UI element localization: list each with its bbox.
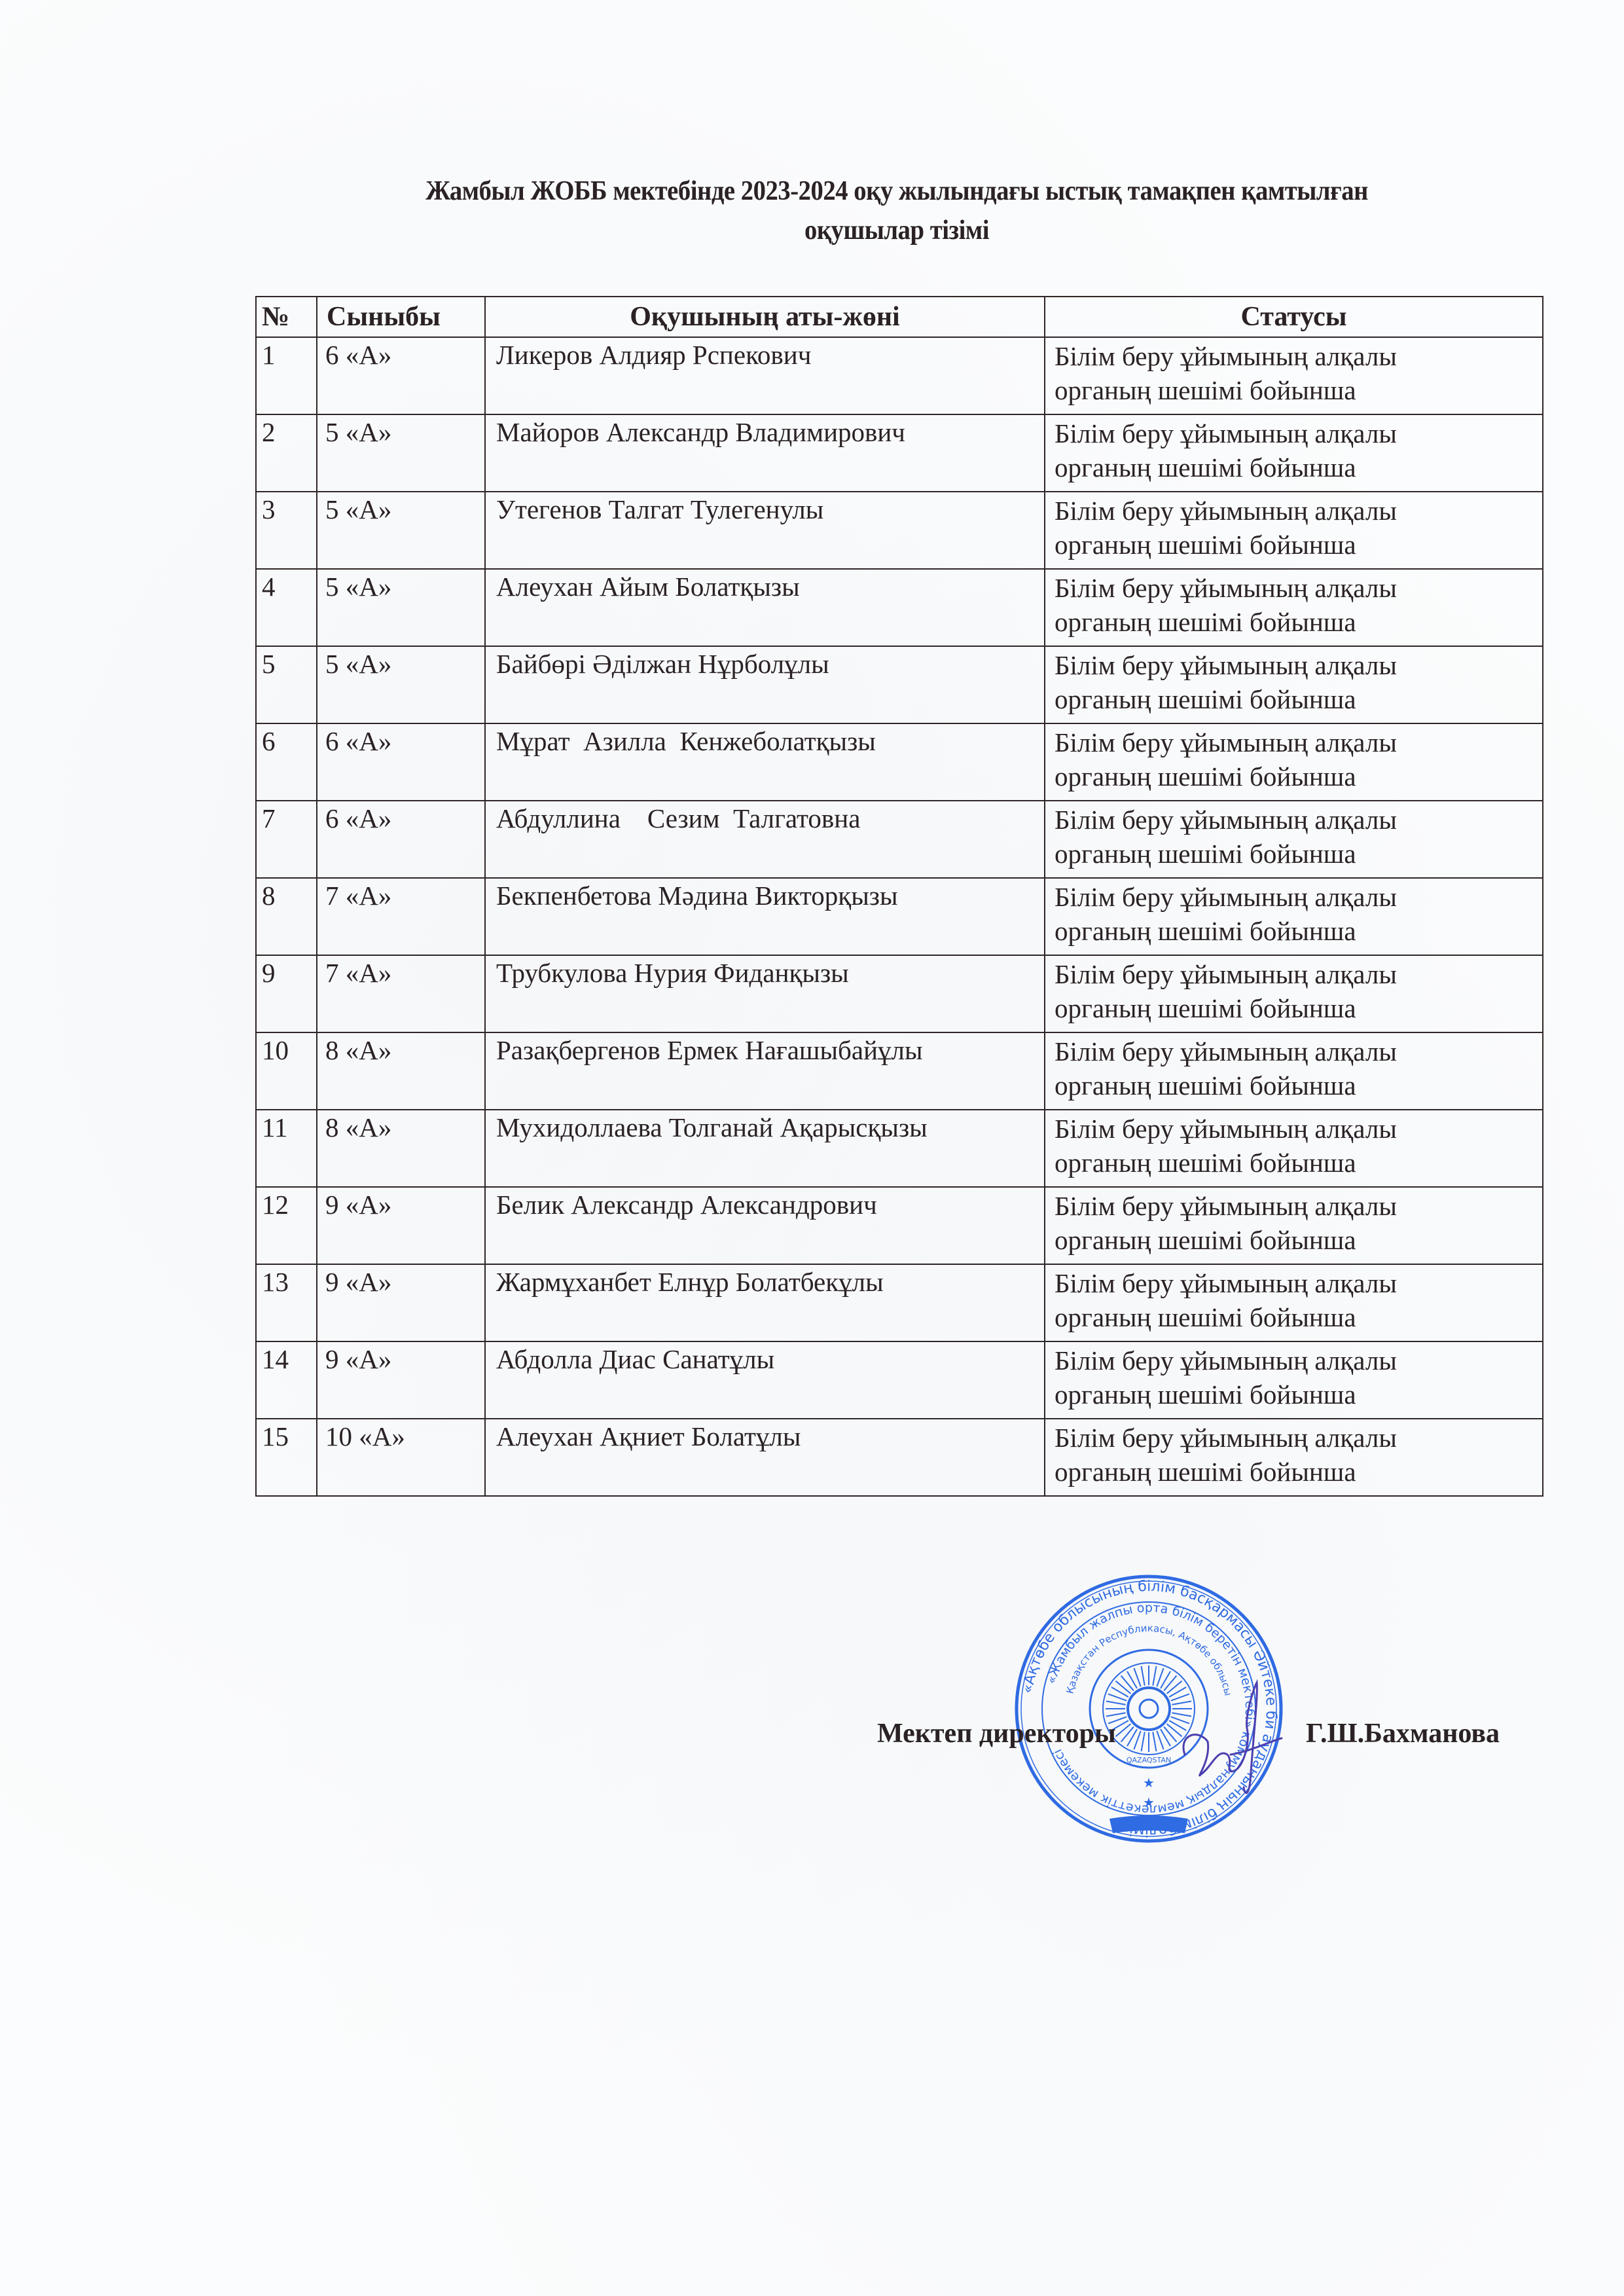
row-student-name: Трубкулова Нурия Фиданқызы: [485, 955, 1045, 1032]
row-number: 8: [256, 878, 317, 955]
status-text: органың шешімі бойынша: [1055, 759, 1536, 793]
row-status: Білім беру ұйымының алқалыорганың шешімі…: [1045, 801, 1543, 878]
row-student-name: Алеухан Айым Болатқызы: [485, 569, 1045, 646]
status-text: органың шешімі бойынша: [1055, 1377, 1536, 1412]
row-number: 15: [256, 1419, 317, 1496]
row-number: 11: [256, 1110, 317, 1187]
row-student-name: Бекпенбетова Мәдина Викторқызы: [485, 878, 1045, 955]
row-class: 9 «А»: [317, 1264, 485, 1341]
table-row: 1510 «А»Алеухан Ақниет БолатұлыБілім бер…: [256, 1419, 1543, 1496]
row-class: 9 «А»: [317, 1187, 485, 1264]
row-student-name: Разақбергенов Ермек Нағашыбайұлы: [485, 1032, 1045, 1110]
row-status: Білім беру ұйымының алқалыорганың шешімі…: [1045, 1341, 1543, 1419]
row-status: Білім беру ұйымының алқалыорганың шешімі…: [1045, 1419, 1543, 1496]
status-text: Білім беру ұйымының алқалы: [1055, 1112, 1536, 1146]
row-student-name: Алеухан Ақниет Болатұлы: [485, 1419, 1045, 1496]
row-class: 7 «А»: [317, 955, 485, 1032]
row-status: Білім беру ұйымының алқалыорганың шешімі…: [1045, 955, 1543, 1032]
status-text: Білім беру ұйымының алқалы: [1055, 880, 1536, 914]
status-text: органың шешімі бойынша: [1055, 682, 1536, 716]
row-number: 5: [256, 646, 317, 723]
status-text: Білім беру ұйымының алқалы: [1055, 1034, 1536, 1068]
table-row: 25 «А»Майоров Александр ВладимировичБілі…: [256, 414, 1543, 492]
row-student-name: Мұрат Азилла Кенжеболатқызы: [485, 723, 1045, 801]
row-number: 3: [256, 492, 317, 569]
star-icon: ★: [1143, 1776, 1155, 1791]
header-number: №: [256, 297, 317, 337]
row-student-name: Ликеров Алдияр Рспекович: [485, 337, 1045, 414]
row-student-name: Жармұханбет Елнұр Болатбекұлы: [485, 1264, 1045, 1341]
row-status: Білім беру ұйымының алқалыорганың шешімі…: [1045, 569, 1543, 646]
status-text: органың шешімі бойынша: [1055, 1300, 1536, 1334]
table-row: 108 «А»Разақбергенов Ермек НағашыбайұлыБ…: [256, 1032, 1543, 1110]
row-student-name: Абдолла Диас Санатұлы: [485, 1341, 1045, 1419]
row-student-name: Мухидоллаева Толганай Ақарысқызы: [485, 1110, 1045, 1187]
status-text: Білім беру ұйымының алқалы: [1055, 1421, 1536, 1455]
row-number: 6: [256, 723, 317, 801]
header-status: Статусы: [1045, 297, 1543, 337]
row-class: 6 «А»: [317, 337, 485, 414]
stamp-bottom-band: [1110, 1815, 1188, 1833]
title-line-2: оқушылар тізімі: [300, 211, 1493, 250]
header-class: Сыныбы: [317, 297, 485, 337]
table-row: 45 «А»Алеухан Айым БолатқызыБілім беру ұ…: [256, 569, 1543, 646]
row-status: Білім беру ұйымының алқалыорганың шешімі…: [1045, 337, 1543, 414]
table-row: 55 «А»Байбөрі Әділжан НұрболұлыБілім бер…: [256, 646, 1543, 723]
row-student-name: Абдуллина Сезим Талгатовна: [485, 801, 1045, 878]
status-text: органың шешімі бойынша: [1055, 373, 1536, 407]
row-status: Білім беру ұйымының алқалыорганың шешімі…: [1045, 414, 1543, 492]
row-class: 5 «А»: [317, 414, 485, 492]
row-class: 6 «А»: [317, 723, 485, 801]
row-number: 1: [256, 337, 317, 414]
status-text: Білім беру ұйымының алқалы: [1055, 1343, 1536, 1377]
status-text: Білім беру ұйымының алқалы: [1055, 957, 1536, 991]
row-class: 8 «А»: [317, 1032, 485, 1110]
row-class: 5 «А»: [317, 569, 485, 646]
row-number: 9: [256, 955, 317, 1032]
row-student-name: Майоров Александр Владимирович: [485, 414, 1045, 492]
status-text: органың шешімі бойынша: [1055, 914, 1536, 948]
header-student-name: Оқушының аты-жөні: [485, 297, 1045, 337]
status-text: Білім беру ұйымының алқалы: [1055, 339, 1536, 373]
director-role: Мектеп директоры: [877, 1715, 1116, 1752]
students-table: № Сыныбы Оқушының аты-жөні Статусы 16 «А…: [255, 296, 1543, 1497]
status-text: Білім беру ұйымының алқалы: [1055, 1189, 1536, 1223]
table-row: 139 «А»Жармұханбет Елнұр БолатбекұлыБілі…: [256, 1264, 1543, 1341]
table-row: 66 «А»Мұрат Азилла КенжеболатқызыБілім б…: [256, 723, 1543, 801]
status-text: Білім беру ұйымының алқалы: [1055, 803, 1536, 837]
table-row: 87 «А»Бекпенбетова Мәдина ВикторқызыБілі…: [256, 878, 1543, 955]
status-text: органың шешімі бойынша: [1055, 1223, 1536, 1257]
status-text: Білім беру ұйымының алқалы: [1055, 725, 1536, 759]
table-row: 118 «А»Мухидоллаева Толганай АқарысқызыБ…: [256, 1110, 1543, 1187]
row-status: Білім беру ұйымының алқалыорганың шешімі…: [1045, 723, 1543, 801]
row-status: Білім беру ұйымының алқалыорганың шешімі…: [1045, 1110, 1543, 1187]
row-class: 6 «А»: [317, 801, 485, 878]
status-text: органың шешімі бойынша: [1055, 450, 1536, 484]
row-class: 9 «А»: [317, 1341, 485, 1419]
row-class: 5 «А»: [317, 646, 485, 723]
row-number: 14: [256, 1341, 317, 1419]
row-number: 7: [256, 801, 317, 878]
row-class: 8 «А»: [317, 1110, 485, 1187]
title-line-1: Жамбыл ЖОББ мектебінде 2023-2024 оқу жыл…: [300, 172, 1493, 211]
status-text: Білім беру ұйымының алқалы: [1055, 416, 1536, 450]
status-text: органың шешімі бойынша: [1055, 528, 1536, 562]
row-number: 10: [256, 1032, 317, 1110]
table-header-row: № Сыныбы Оқушының аты-жөні Статусы: [256, 297, 1543, 337]
table-row: 76 «А»Абдуллина Сезим ТалгатовнаБілім бе…: [256, 801, 1543, 878]
status-text: органың шешімі бойынша: [1055, 837, 1536, 871]
table-row: 129 «А»Белик Александр АлександровичБілі…: [256, 1187, 1543, 1264]
stamp-emblem-label: QAZAQSTAN: [1127, 1756, 1171, 1764]
status-text: Білім беру ұйымының алқалы: [1055, 648, 1536, 682]
row-class: 10 «А»: [317, 1419, 485, 1496]
row-student-name: Байбөрі Әділжан Нұрболұлы: [485, 646, 1045, 723]
handwritten-signature: [1172, 1676, 1283, 1800]
table-row: 35 «А»Утегенов Талгат ТулегенулыБілім бе…: [256, 492, 1543, 569]
row-student-name: Белик Александр Александрович: [485, 1187, 1045, 1264]
row-class: 5 «А»: [317, 492, 485, 569]
row-number: 12: [256, 1187, 317, 1264]
status-text: органың шешімі бойынша: [1055, 1455, 1536, 1489]
table-row: 97 «А»Трубкулова Нурия ФиданқызыБілім бе…: [256, 955, 1543, 1032]
row-class: 7 «А»: [317, 878, 485, 955]
status-text: органың шешімі бойынша: [1055, 605, 1536, 639]
row-status: Білім беру ұйымының алқалыорганың шешімі…: [1045, 878, 1543, 955]
row-student-name: Утегенов Талгат Тулегенулы: [485, 492, 1045, 569]
table-row: 149 «А»Абдолла Диас СанатұлыБілім беру ұ…: [256, 1341, 1543, 1419]
star-icon: ★: [1143, 1796, 1155, 1810]
status-text: Білім беру ұйымының алқалы: [1055, 494, 1536, 528]
status-text: Білім беру ұйымының алқалы: [1055, 1266, 1536, 1300]
row-number: 2: [256, 414, 317, 492]
status-text: органың шешімі бойынша: [1055, 1146, 1536, 1180]
row-number: 4: [256, 569, 317, 646]
status-text: Білім беру ұйымының алқалы: [1055, 571, 1536, 605]
director-name: Г.Ш.Бахманова: [1306, 1715, 1500, 1752]
row-number: 13: [256, 1264, 317, 1341]
row-status: Білім беру ұйымының алқалыорганың шешімі…: [1045, 1187, 1543, 1264]
table-body: 16 «А»Ликеров Алдияр РспековичБілім беру…: [256, 337, 1543, 1496]
status-text: органың шешімі бойынша: [1055, 1068, 1536, 1102]
document-title: Жамбыл ЖОББ мектебінде 2023-2024 оқу жыл…: [300, 172, 1493, 250]
row-status: Білім беру ұйымының алқалыорганың шешімі…: [1045, 492, 1543, 569]
status-text: органың шешімі бойынша: [1055, 991, 1536, 1025]
row-status: Білім беру ұйымының алқалыорганың шешімі…: [1045, 1032, 1543, 1110]
row-status: Білім беру ұйымының алқалыорганың шешімі…: [1045, 1264, 1543, 1341]
table-row: 16 «А»Ликеров Алдияр РспековичБілім беру…: [256, 337, 1543, 414]
row-status: Білім беру ұйымының алқалыорганың шешімі…: [1045, 646, 1543, 723]
